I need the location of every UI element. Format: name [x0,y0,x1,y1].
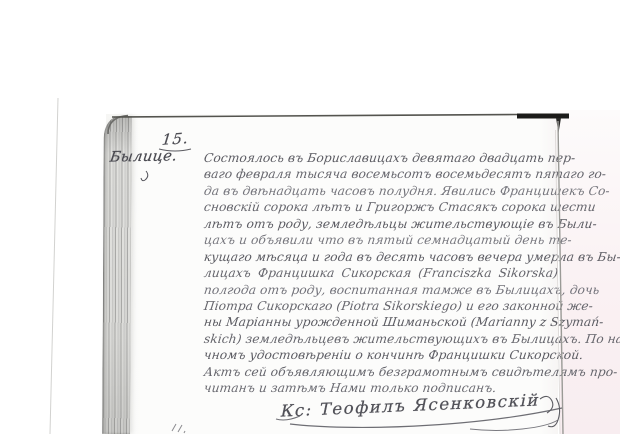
record-line: ваго февраля тысяча восемьсотъ восемьдес… [203,166,559,182]
record-line: кущаго мѣсяца и года въ десять часовъ ве… [203,249,559,265]
record-line: лѣтъ отъ роду, земледѣльцы жительствующі… [203,216,559,232]
scanned-register-page: { "record": { "entry_number": "15.", "ma… [0,0,620,434]
record-line: чномъ удостовѣреніи о кончинѣ Францишки … [203,347,559,363]
record-line: Состоялось въ Бориславицахъ девятаго два… [203,150,559,166]
loose-sheet-edge-line [50,98,58,434]
record-line: Актъ сей объявляющимъ безграмотнымъ свид… [203,364,559,380]
margin-place-annotation: Былице. [109,148,179,165]
record-line: полгода отъ роду, воспитанная тамже въ Б… [203,282,559,298]
record-line: skich) земледѣльцевъ жительствующихъ въ … [203,331,559,347]
entry-number: 15. [161,129,190,149]
record-line: ны Маріанны урожденной Шиманьской (Maria… [203,314,559,330]
record-line: цахъ и объявили что въ пятый семнадцатый… [203,232,559,248]
record-line: да въ двѣнадцать часовъ полудня. Явились… [203,183,559,199]
record-line: лицахъ Францишка Сикорская (Franciszka S… [203,265,559,281]
record-line: сновскій сорока лѣтъ и Григоржъ Стасякъ … [203,199,559,215]
record-line: Піотра Сикорскаго (Piotra Sikorskiego) и… [203,298,559,314]
record-body-text: Состоялось въ Бориславицахъ девятаго два… [203,150,560,397]
